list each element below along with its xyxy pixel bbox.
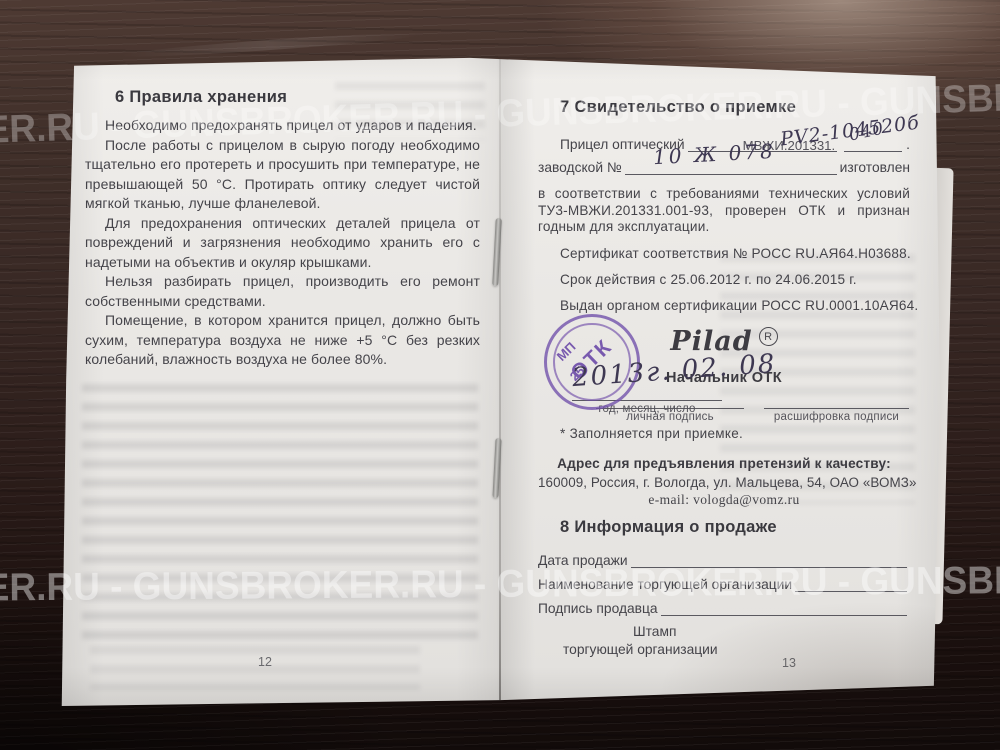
storage-paragraph: Помещение, в котором хранится прицел, до… (85, 311, 480, 370)
center-fold-line (499, 54, 501, 706)
wood-glare-streak (120, 30, 420, 61)
staple-top (492, 218, 502, 286)
blank-line-serial: 10 Ж 078 (625, 159, 837, 175)
seller-signature-label: Подпись продавца (538, 601, 658, 616)
section-6-title: 6 Правила хранения (115, 88, 480, 107)
acceptance-body: в соответствии с требованиями технически… (538, 186, 910, 236)
page-number-right: 13 (782, 656, 796, 670)
accept-end-punct: . (906, 137, 910, 152)
storage-paragraph: Нельзя разбирать прицел, производить его… (85, 272, 480, 311)
certificate-line: Выдан органом сертификации РОСС RU.0001.… (560, 298, 932, 313)
section-7-title: 7 Свидетельство о приемке (560, 98, 910, 117)
sale-date-label: Дата продажи (538, 553, 628, 568)
acceptance-footnote: * Заполняется при приемке. (560, 426, 932, 441)
certificate-line: Срок действия с 25.06.2012 г. по 24.06.2… (560, 272, 932, 287)
trade-stamp-note-line1: Штамп (633, 624, 1000, 639)
blank-line-sale-org (795, 576, 907, 592)
storage-paragraph: Необходимо предохранять прицел от ударов… (85, 116, 480, 136)
bleedthrough-text (82, 384, 478, 642)
bleedthrough-text (90, 646, 420, 690)
registered-trademark-icon: R (759, 327, 778, 346)
made-label: изготовлен (840, 160, 910, 175)
signature-transcript-label: расшифровка подписи (774, 411, 899, 423)
blank-line-sale-date (631, 552, 907, 568)
page-number-left: 12 (258, 655, 272, 669)
trade-stamp-note-line2: торгующей организации (563, 642, 935, 657)
handwritten-serial: 10 Ж 078 (652, 139, 776, 169)
storage-paragraph: После работы с прицелом в сырую погоду н… (85, 136, 480, 214)
section-8-title: 8 Информация о продаже (560, 518, 910, 537)
staple-bottom (492, 438, 501, 498)
claims-address-heading: Адрес для предъявления претензий к качес… (538, 456, 910, 471)
storage-paragraph: Для предохранения оптических деталей при… (85, 214, 480, 273)
left-page: 6 Правила хранения Необходимо предохраня… (85, 88, 480, 370)
open-booklet: 6 Правила хранения Необходимо предохраня… (60, 54, 940, 706)
signature-transcript-line (764, 396, 909, 409)
blank-line-code: 040 (844, 136, 902, 152)
sale-org-label: Наименование торгующей организации (538, 577, 792, 592)
serial-label: заводской № (538, 160, 622, 175)
claims-address: 160009, Россия, г. Вологда, ул. Мальцева… (538, 475, 910, 490)
certificate-line: Сертификат соответствия № РОСС RU.АЯ64.Н… (560, 246, 932, 261)
blank-line-seller-signature (661, 600, 907, 616)
claims-email: e-mail: vologda@vomz.ru (538, 492, 910, 508)
